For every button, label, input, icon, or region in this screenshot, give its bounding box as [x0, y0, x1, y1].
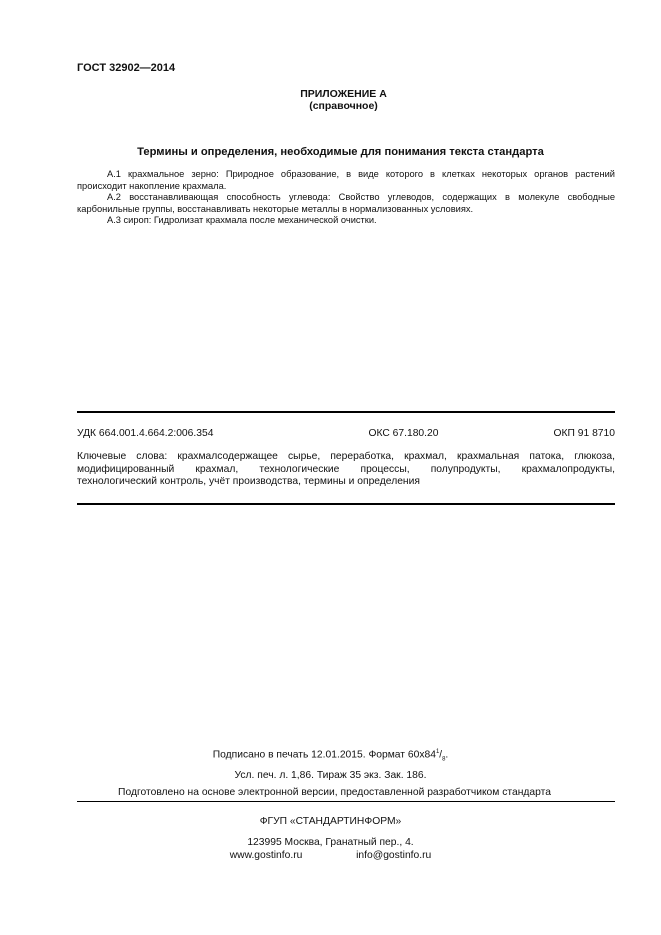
keywords-line2: модифицированный крахмал, технологически…	[77, 464, 615, 477]
term-a1-line2: происходит накопление крахмала.	[77, 181, 615, 193]
format-end: .	[445, 749, 448, 760]
email-link[interactable]: info@gostinfo.ru	[356, 850, 431, 861]
keywords-line1: Ключевые слова: крахмалсодержащее сырье,…	[77, 451, 615, 464]
appendix-subtitle: (справочное)	[0, 100, 661, 112]
signed-text: Подписано в печать 12.01.2015. Формат 60…	[213, 749, 436, 760]
signed-info: Подписано в печать 12.01.2015. Формат 60…	[0, 749, 661, 762]
terms-list: А.1 крахмальное зерно: Природное образов…	[77, 169, 615, 227]
term-a2-line2: карбонильные группы, восстанавливать нек…	[77, 204, 615, 216]
okp-code: ОКП 91 8710	[554, 428, 616, 439]
appendix-title: ПРИЛОЖЕНИЕ А	[0, 88, 661, 100]
standard-number: ГОСТ 32902—2014	[77, 62, 175, 74]
divider-imprint	[77, 801, 615, 802]
section-title: Термины и определения, необходимые для п…	[0, 146, 661, 158]
udk-code: УДК 664.001.4.664.2:006.354	[77, 428, 213, 439]
prepared-info: Подготовлено на основе электронной верси…	[0, 787, 661, 798]
divider-top	[77, 411, 615, 413]
keywords-line3: технологический контроль, учёт производс…	[77, 476, 615, 489]
print-info: Усл. печ. л. 1,86. Тираж 35 экз. Зак. 18…	[0, 770, 661, 781]
publisher-address: 123995 Москва, Гранатный пер., 4.	[0, 837, 661, 848]
term-a1-line1: А.1 крахмальное зерно: Природное образов…	[77, 169, 615, 181]
term-a2-line1: А.2 восстанавливающая способность углево…	[77, 192, 615, 204]
term-a3-line1: А.3 сироп: Гидролизат крахмала после мех…	[77, 215, 615, 227]
divider-bottom	[77, 503, 615, 505]
classification-codes: УДК 664.001.4.664.2:006.354 ОКС 67.180.2…	[77, 428, 615, 439]
contacts: www.gostinfo.ru info@gostinfo.ru	[0, 850, 661, 861]
keywords: Ключевые слова: крахмалсодержащее сырье,…	[77, 451, 615, 489]
publisher-name: ФГУП «СТАНДАРТИНФОРМ»	[0, 816, 661, 827]
website-link[interactable]: www.gostinfo.ru	[230, 850, 303, 861]
oks-code: ОКС 67.180.20	[368, 428, 438, 439]
